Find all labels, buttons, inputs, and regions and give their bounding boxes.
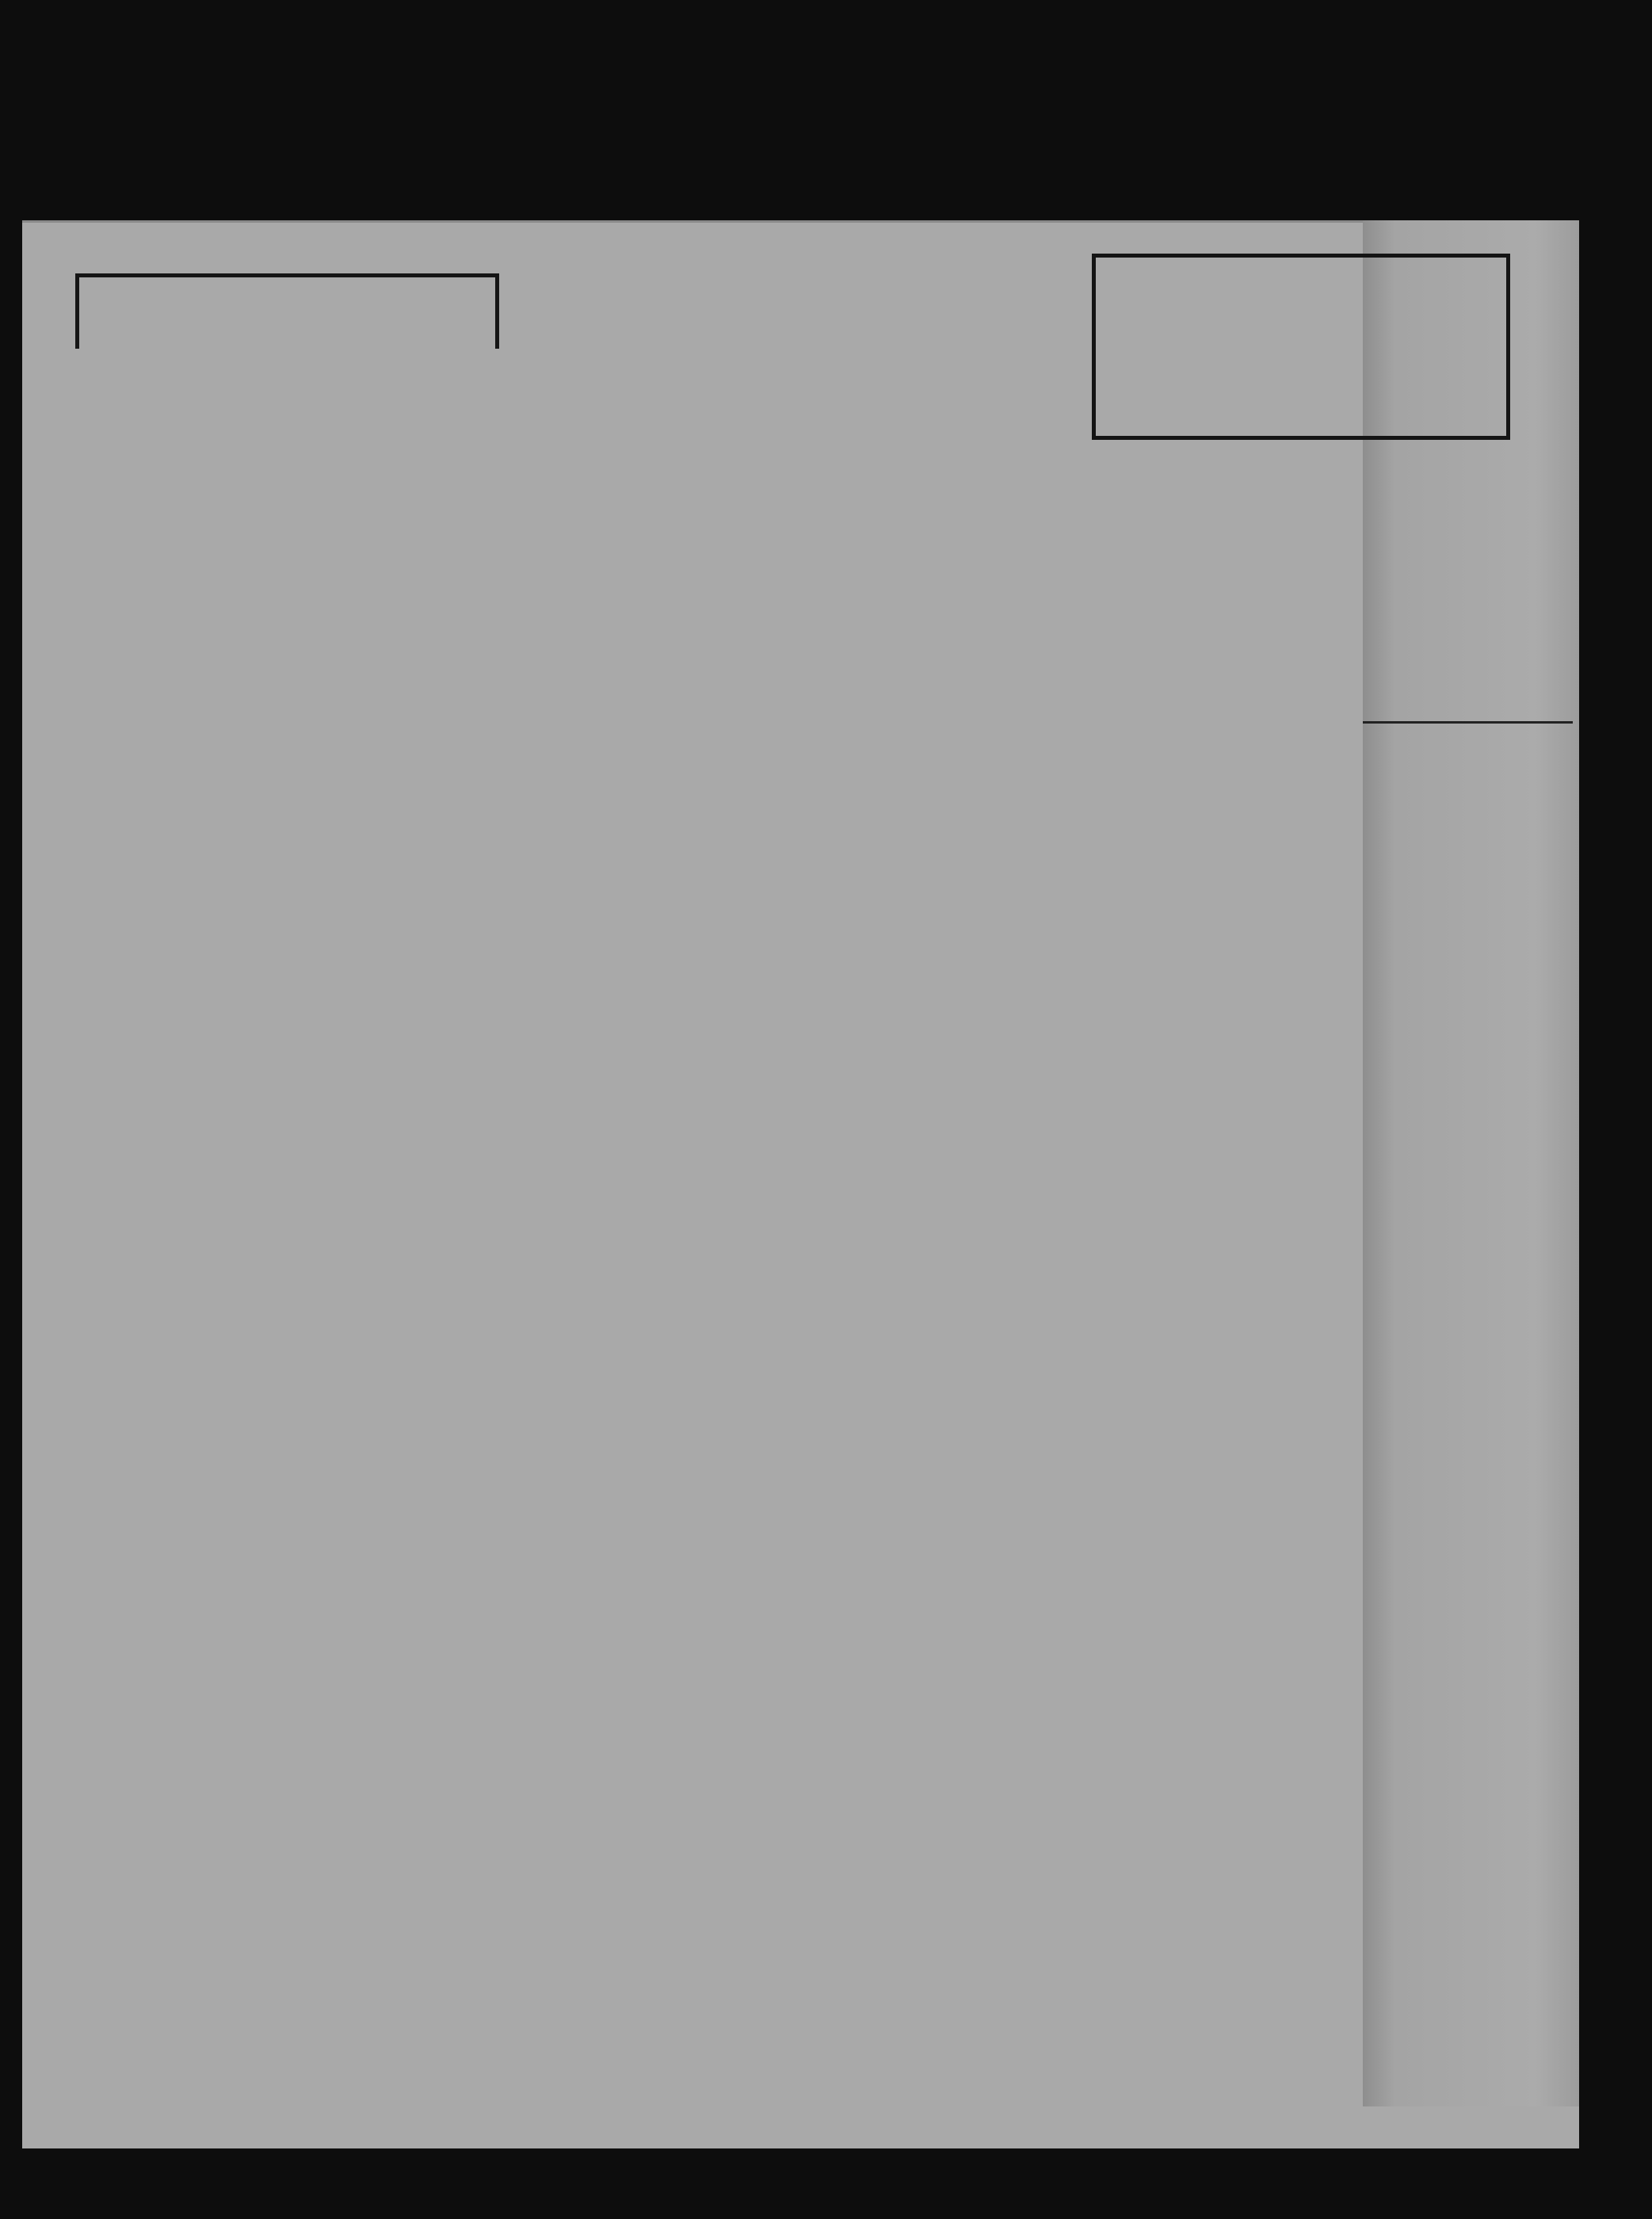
division-box — [1092, 254, 1510, 440]
frame-number — [349, 95, 824, 198]
background-folder — [22, 220, 1579, 2148]
folder-rule — [1363, 721, 1573, 724]
folder-edge-shade — [1363, 220, 1579, 2106]
folder-number-box — [75, 273, 499, 349]
